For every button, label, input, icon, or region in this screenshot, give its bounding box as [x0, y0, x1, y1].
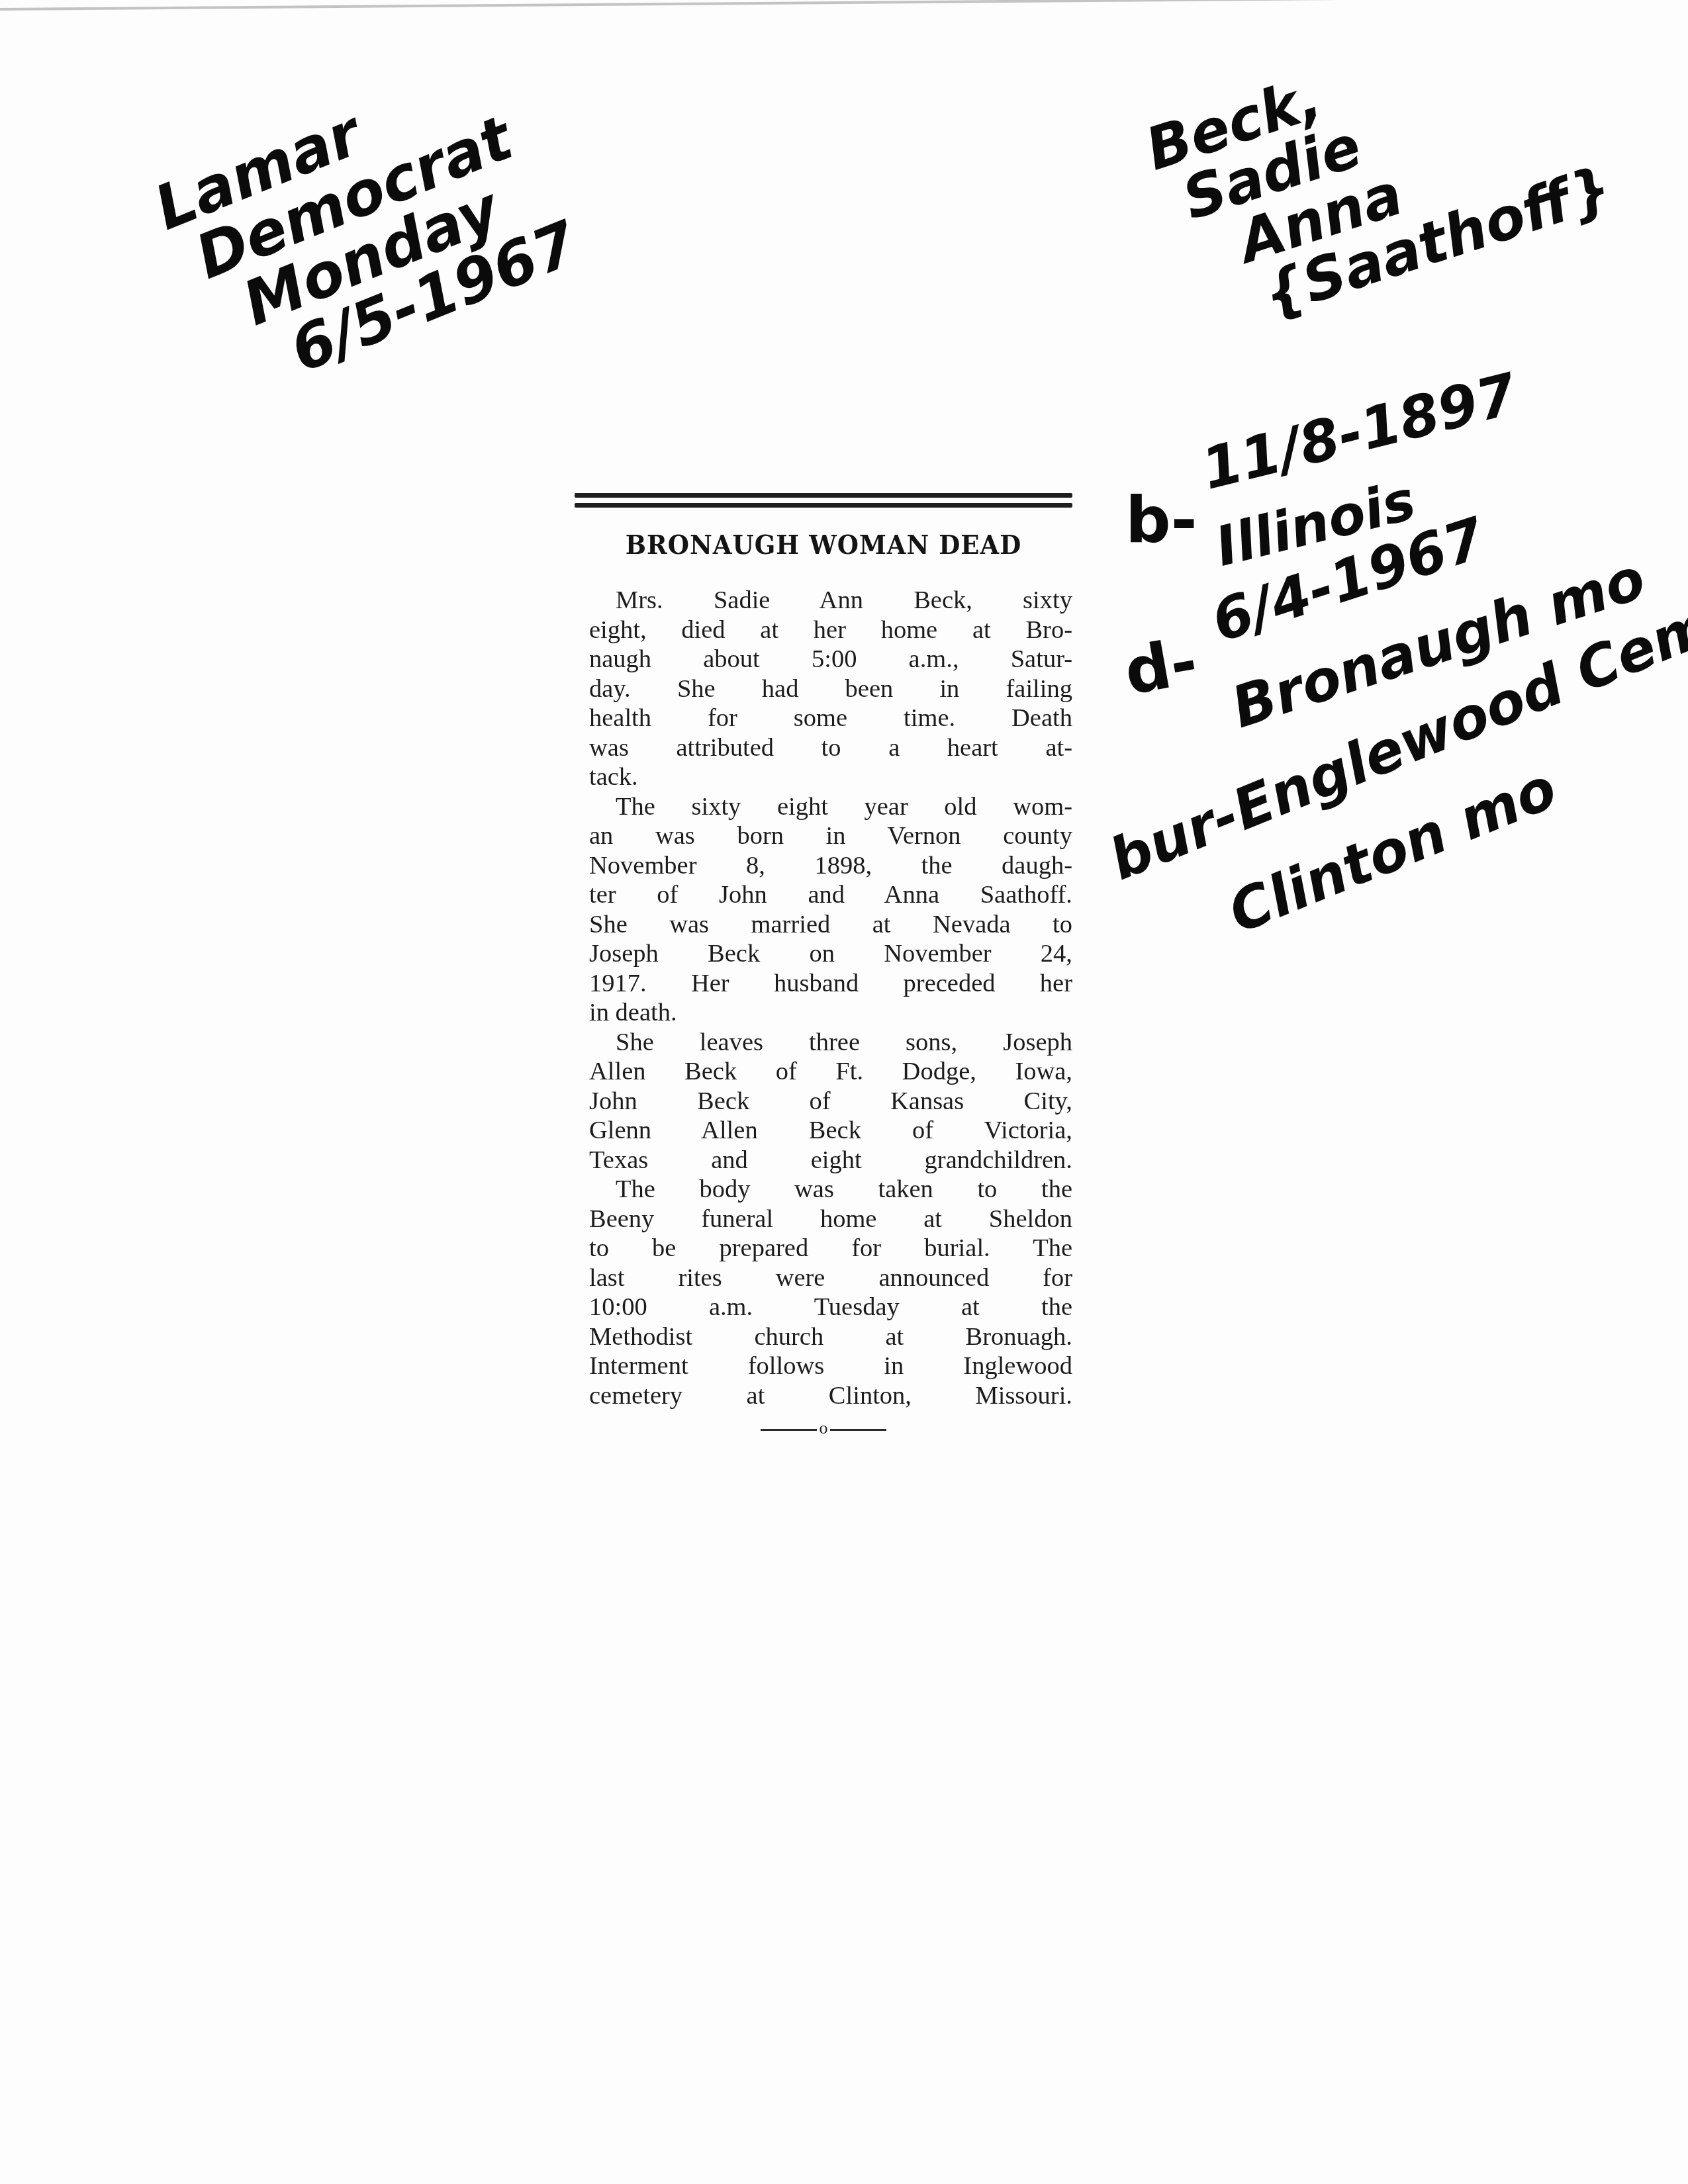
article-line: John Beck of Kansas City, — [589, 1087, 1072, 1116]
article-line: to be prepared for burial. The — [589, 1234, 1072, 1263]
newspaper-clipping: BRONAUGH WOMAN DEAD Mrs. Sadie Ann Beck,… — [575, 493, 1072, 1439]
article-line: 1917. Her husband preceded her — [589, 969, 1072, 999]
article-line: health for some time. Death — [589, 704, 1072, 733]
headline-rule-top — [575, 493, 1072, 498]
article-line: Methodist church at Bronuagh. — [589, 1322, 1072, 1352]
article-line: Mrs. Sadie Ann Beck, sixty — [589, 586, 1072, 615]
headline: BRONAUGH WOMAN DEAD — [575, 529, 1072, 560]
article-line: Interment follows in Inglewood — [589, 1351, 1072, 1381]
handwritten-name-note: Beck, Sadie Anna {Saathoff} — [1139, 0, 1618, 345]
article-line: Joseph Beck on November 24, — [589, 939, 1072, 969]
article-line: November 8, 1898, the daugh- — [589, 851, 1072, 881]
scanner-edge-line — [0, 0, 1688, 11]
article-line: day. She had been in failing — [589, 674, 1072, 704]
article-line: Glenn Allen Beck of Victoria, — [589, 1116, 1072, 1146]
end-mark-glyph: o — [820, 1418, 828, 1437]
handwritten-birth-label: b- — [1125, 483, 1197, 557]
end-mark-dash-left — [761, 1429, 817, 1431]
article-line: in death. — [589, 998, 1072, 1028]
article-line: ter of John and Anna Saathoff. — [589, 880, 1072, 910]
burial-label: bur- — [1101, 782, 1249, 893]
article-line: The sixty eight year old wom- — [589, 792, 1072, 822]
article-line: She was married at Nevada to — [589, 910, 1072, 940]
article-line: tack. — [589, 762, 1072, 792]
article-line: was attributed to a heart at- — [589, 733, 1072, 763]
end-of-article-mark: o — [757, 1420, 890, 1439]
end-mark-dash-right — [830, 1429, 886, 1431]
scanned-page: Lamar Democrat Monday 6/5-1967 Beck, Sad… — [0, 0, 1688, 2184]
handwritten-death-label: d- — [1119, 624, 1203, 709]
article-line: an was born in Vernon county — [589, 821, 1072, 851]
article-line: cemetery at Clinton, Missouri. — [589, 1381, 1072, 1411]
article-line: 10:00 a.m. Tuesday at the — [589, 1293, 1072, 1322]
article-line: Texas and eight grandchildren. — [589, 1146, 1072, 1175]
article-line: last rites were announced for — [589, 1263, 1072, 1293]
article-line: The body was taken to the — [589, 1175, 1072, 1205]
article-line: naugh about 5:00 a.m., Satur- — [589, 645, 1072, 674]
article-line: Beeny funeral home at Sheldon — [589, 1205, 1072, 1234]
handwritten-source-note: Lamar Democrat Monday 6/5-1967 — [147, 43, 586, 409]
article-line: Allen Beck of Ft. Dodge, Iowa, — [589, 1057, 1072, 1087]
article-body: Mrs. Sadie Ann Beck, sixtyeight, died at… — [575, 586, 1072, 1410]
article-line: She leaves three sons, Joseph — [589, 1028, 1072, 1058]
article-line: eight, died at her home at Bro- — [589, 615, 1072, 645]
headline-rule-bottom — [575, 503, 1072, 508]
